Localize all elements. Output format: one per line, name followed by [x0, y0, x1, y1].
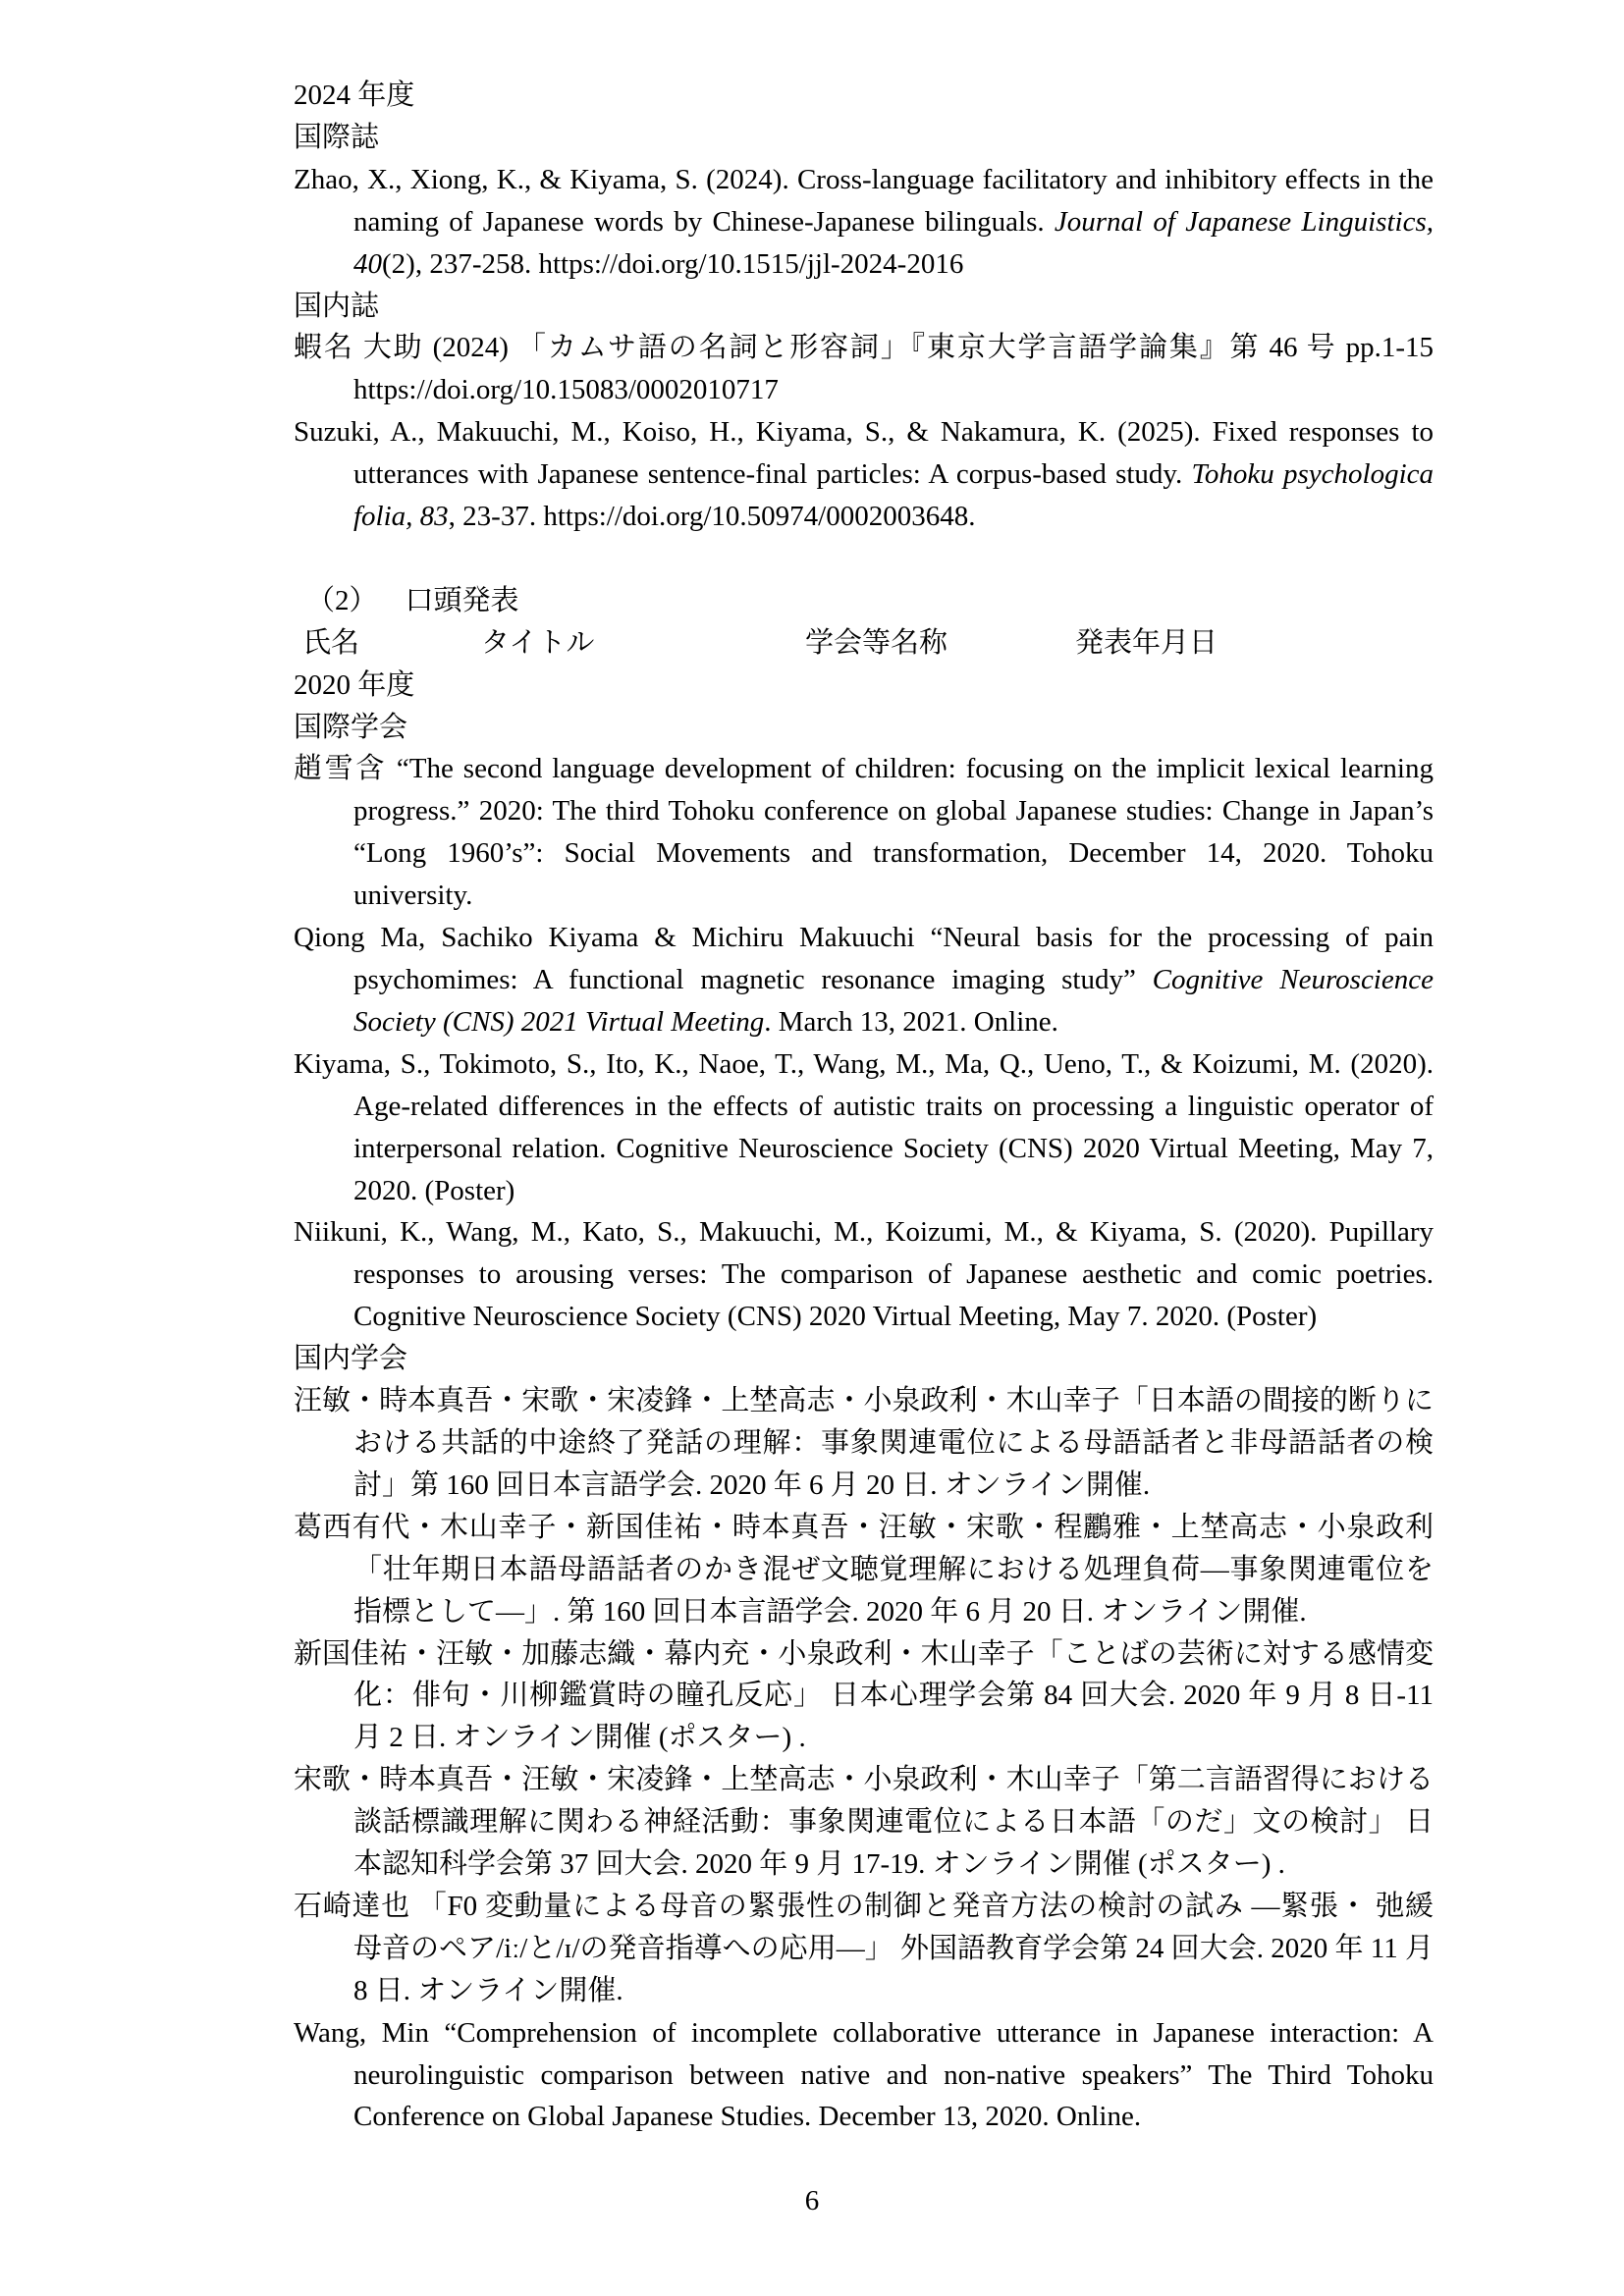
- presentation-qiong-ma: Qiong Ma, Sachiko Kiyama & Michiru Makuu…: [294, 917, 1434, 1043]
- ref-text: 趙雪含 “The second language development of …: [294, 753, 1434, 911]
- ref-text: Wang, Min “Comprehension of incomplete c…: [294, 2017, 1434, 2133]
- ref-text: Kiyama, S., Tokimoto, S., Ito, K., Naoe,…: [294, 1048, 1434, 1206]
- ref-text: 蝦名 大助 (2024) 「カムサ語の名詞と形容詞」『東京大学言語学論集』第 4…: [294, 332, 1434, 405]
- oral-presentations-heading: （2）口頭発表: [294, 580, 1434, 622]
- presentation-wang-min-en: Wang, Min “Comprehension of incomplete c…: [294, 2012, 1434, 2139]
- intl-journal-heading: 国際誌: [294, 117, 1434, 159]
- domestic-conference-heading: 国内学会: [294, 1338, 1434, 1380]
- section-number: （2）: [306, 585, 378, 616]
- spacer: [294, 538, 1434, 580]
- column-header-row: 氏名 タイトル 学会等名称 発表年月日: [294, 622, 1434, 665]
- page-content: 2024 年度 国際誌 Zhao, X., Xiong, K., & Kiyam…: [294, 75, 1434, 2138]
- column-header-title: タイトル: [481, 622, 594, 665]
- section-title: 口頭発表: [406, 585, 519, 616]
- presentation-zhao-xuehan: 趙雪含 “The second language development of …: [294, 748, 1434, 917]
- presentation-kasai: 葛西有代・木山幸子・新国佳祐・時本真吾・汪敏・宋歌・程鸝雅・上埜高志・小泉政利「…: [294, 1507, 1434, 1633]
- ref-text: 宋歌・時本真吾・汪敏・宋凌鋒・上埜高志・小泉政利・木山幸子「第二言語習得における…: [294, 1764, 1434, 1880]
- document-page: 2024 年度 国際誌 Zhao, X., Xiong, K., & Kiyam…: [0, 0, 1624, 2296]
- reference-ebina-2024: 蝦名 大助 (2024) 「カムサ語の名詞と形容詞」『東京大学言語学論集』第 4…: [294, 327, 1434, 411]
- intl-conference-heading: 国際学会: [294, 707, 1434, 749]
- reference-zhao-2024: Zhao, X., Xiong, K., & Kiyama, S. (2024)…: [294, 159, 1434, 286]
- column-header-date: 発表年月日: [1075, 622, 1218, 665]
- presentation-ishizaki: 石崎達也 「F0 変動量による母音の緊張性の制御と発音方法の検討の試み —緊張・…: [294, 1886, 1434, 2012]
- ref-text: . March 13, 2021. Online.: [764, 1006, 1058, 1038]
- ref-text: , 23-37. https://doi.org/10.50974/000200…: [449, 501, 976, 532]
- ref-text: (2), 237-258. https://doi.org/10.1515/jj…: [382, 248, 963, 280]
- page-number: 6: [0, 2180, 1624, 2222]
- presentation-kiyama: Kiyama, S., Tokimoto, S., Ito, K., Naoe,…: [294, 1043, 1434, 1212]
- fiscal-year-2020-heading: 2020 年度: [294, 665, 1434, 707]
- fiscal-year-2024-heading: 2024 年度: [294, 75, 1434, 117]
- ref-text: 汪敏・時本真吾・宋歌・宋凌鋒・上埜高志・小泉政利・木山幸子「日本語の間接的断りに…: [294, 1385, 1434, 1501]
- ref-text: 新国佳祐・汪敏・加藤志織・幕内充・小泉政利・木山幸子「ことばの芸術に対する感情変…: [294, 1638, 1434, 1754]
- domestic-journal-heading: 国内誌: [294, 286, 1434, 328]
- ref-text: 葛西有代・木山幸子・新国佳祐・時本真吾・汪敏・宋歌・程鸝雅・上埜高志・小泉政利「…: [294, 1512, 1434, 1628]
- column-header-name: 氏名: [302, 622, 359, 665]
- reference-suzuki-2025: Suzuki, A., Makuuchi, M., Koiso, H., Kiy…: [294, 411, 1434, 538]
- ref-text: Niikuni, K., Wang, M., Kato, S., Makuuch…: [294, 1216, 1434, 1332]
- presentation-wang-min-ja: 汪敏・時本真吾・宋歌・宋凌鋒・上埜高志・小泉政利・木山幸子「日本語の間接的断りに…: [294, 1380, 1434, 1507]
- presentation-niikuni: Niikuni, K., Wang, M., Kato, S., Makuuch…: [294, 1211, 1434, 1338]
- presentation-song: 宋歌・時本真吾・汪敏・宋凌鋒・上埜高志・小泉政利・木山幸子「第二言語習得における…: [294, 1759, 1434, 1886]
- presentation-niikuni-ja: 新国佳祐・汪敏・加藤志織・幕内充・小泉政利・木山幸子「ことばの芸術に対する感情変…: [294, 1633, 1434, 1760]
- column-header-conference: 学会等名称: [805, 622, 947, 665]
- ref-text: 石崎達也 「F0 変動量による母音の緊張性の制御と発音方法の検討の試み —緊張・…: [294, 1891, 1434, 2006]
